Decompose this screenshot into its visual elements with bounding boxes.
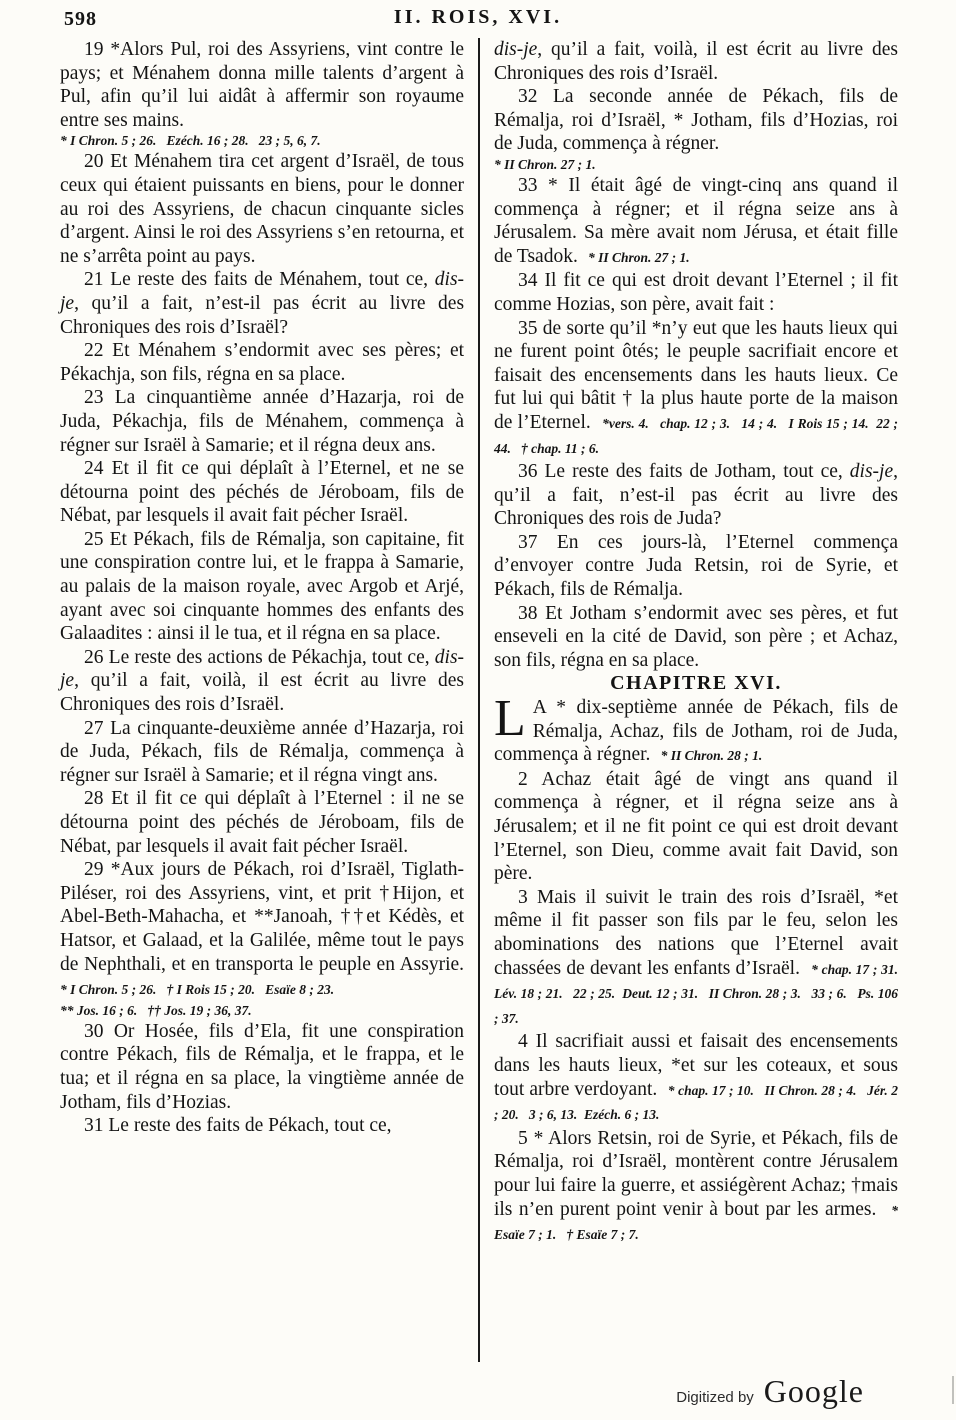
- reference-text: * II Chron. 27 ; 1.: [494, 157, 596, 172]
- drop-cap-letter: L: [494, 696, 533, 739]
- verse-paragraph: 5 * Alors Retsin, roi de Syrie, et Pékac…: [494, 1127, 898, 1247]
- verse-text: 27 La cinquante-deuxième année d’Hazarja…: [60, 718, 464, 786]
- verse-paragraph: 24 Et il fit ce qui déplaît à l’Eternel,…: [60, 457, 464, 528]
- verse-text: 29 *Aux jours de Pékach, roi d’Israël, T…: [60, 859, 464, 974]
- italic-phrase: dis-je: [494, 39, 537, 60]
- verse-text: 33 * Il était âgé de vingt-cinq ans quan…: [494, 175, 898, 267]
- digitization-footer: Digitized by Google: [676, 1373, 864, 1410]
- page-number: 598: [64, 8, 97, 31]
- verse-text: 21 Le reste des faits de Ménahem, tout c…: [84, 269, 435, 290]
- verse-text: 23 La cinquantième année d’Hazarja, roi …: [60, 387, 464, 455]
- left-text-column: 19 *Alors Pul, roi des Assyriens, vint c…: [60, 38, 464, 1362]
- reference-text: ** Jos. 16 ; 6. †† Jos. 19 ; 36, 37.: [60, 1003, 252, 1018]
- reference-line: * II Chron. 27 ; 1.: [494, 156, 898, 174]
- verse-paragraph: 37 En ces jours-là, l’Eternel commença d…: [494, 531, 898, 602]
- verse-text: 26 Le reste des actions de Pékachja, tou…: [84, 647, 435, 668]
- google-logo: Google: [764, 1373, 864, 1410]
- verse-text: , qu’il a fait, voilà, il est écrit au l…: [60, 670, 464, 715]
- running-title: II. ROIS, XVI.: [0, 6, 956, 29]
- verse-paragraph: 4 Il sacrifiait aussi et faisait des enc…: [494, 1030, 898, 1126]
- verse-text: 19 *Alors Pul, roi des Assyriens, vint c…: [60, 39, 464, 131]
- verse-paragraph: 38 Et Jotham s’endormit avec ses pères, …: [494, 602, 898, 673]
- verse-text: 37 En ces jours-là, l’Eternel commença d…: [494, 532, 898, 600]
- verse-text: 2 Achaz était âgé de vingt ans quand il …: [494, 769, 898, 884]
- verse-text: 38 Et Jotham s’endormit avec ses pères, …: [494, 603, 898, 671]
- reference-line: * I Chron. 5 ; 26. Ezéch. 16 ; 28. 23 ; …: [60, 132, 464, 150]
- scan-edge-artifact: [952, 1376, 954, 1404]
- verse-paragraph: 32 La seconde année de Pékach, fils de R…: [494, 85, 898, 156]
- verse-text: , qu’il a fait, n’est-il pas écrit au li…: [60, 293, 464, 338]
- verse-text: 31 Le reste des faits de Pékach, tout ce…: [84, 1115, 392, 1136]
- verse-paragraph: 19 *Alors Pul, roi des Assyriens, vint c…: [60, 38, 464, 132]
- reference-line: ** Jos. 16 ; 6. †† Jos. 19 ; 36, 37.: [60, 1002, 464, 1020]
- verse-paragraph: 2 Achaz était âgé de vingt ans quand il …: [494, 768, 898, 886]
- verse-paragraph: 26 Le reste des actions de Pékachja, tou…: [60, 646, 464, 717]
- verse-paragraph: 25 Et Pékach, fils de Rémalja, son capit…: [60, 528, 464, 646]
- verse-paragraph: 3 Mais il suivit le train des rois d’Isr…: [494, 886, 898, 1031]
- verse-paragraph: 21 Le reste des faits de Ménahem, tout c…: [60, 268, 464, 339]
- verse-paragraph: 33 * Il était âgé de vingt-cinq ans quan…: [494, 174, 898, 269]
- reference-text: * II Chron. 28 ; 1.: [650, 748, 762, 763]
- right-text-column: dis-je, qu’il a fait, voilà, il est écri…: [494, 38, 898, 1362]
- book-page-body: 19 *Alors Pul, roi des Assyriens, vint c…: [60, 38, 898, 1362]
- verse-text: 36 Le reste des faits de Jotham, tout ce…: [518, 461, 850, 482]
- verse-paragraph: 20 Et Ménahem tira cet argent d’Israël, …: [60, 150, 464, 268]
- verse-paragraph: 34 Il fit ce qui est droit devant l’Eter…: [494, 269, 898, 316]
- page-header: 598 II. ROIS, XVI.: [0, 6, 956, 34]
- digitized-by-label: Digitized by: [676, 1389, 754, 1406]
- verse-text: 28 Et il fit ce qui déplaît à l’Eternel …: [60, 788, 464, 856]
- reference-text: * II Chron. 27 ; 1.: [578, 250, 690, 265]
- verse-paragraph: 35 de sorte qu’il *n’y eut que les hauts…: [494, 317, 898, 461]
- verse-paragraph: 27 La cinquante-deuxième année d’Hazarja…: [60, 717, 464, 788]
- verse-text: 24 Et il fit ce qui déplaît à l’Eternel,…: [60, 458, 464, 526]
- verse-text: , qu’il a fait, voilà, il est écrit au l…: [494, 39, 898, 84]
- verse-text: CHAPITRE XVI.: [610, 672, 782, 694]
- chapter-heading: CHAPITRE XVI.: [494, 672, 898, 696]
- verse-paragraph: 29 *Aux jours de Pékach, roi d’Israël, T…: [60, 858, 464, 1002]
- verse-text: 5 * Alors Retsin, roi de Syrie, et Pékac…: [494, 1128, 898, 1220]
- chapter-opening-paragraph: LA * dix-septième année de Pékach, fils …: [494, 696, 898, 768]
- verse-paragraph: 36 Le reste des faits de Jotham, tout ce…: [494, 460, 898, 531]
- verse-text: 22 Et Ménahem s’endormit avec ses pères;…: [60, 340, 464, 385]
- verse-text: 32 La seconde année de Pékach, fils de R…: [494, 86, 898, 154]
- verse-paragraph: 22 Et Ménahem s’endormit avec ses pères;…: [60, 339, 464, 386]
- verse-paragraph: 30 Or Hosée, fils d’Ela, fit une conspir…: [60, 1020, 464, 1114]
- column-divider: [478, 38, 480, 1362]
- italic-phrase: dis-je: [850, 461, 893, 482]
- verse-text: 20 Et Ménahem tira cet argent d’Israël, …: [60, 151, 464, 266]
- verse-paragraph: 23 La cinquantième année d’Hazarja, roi …: [60, 386, 464, 457]
- verse-paragraph: 31 Le reste des faits de Pékach, tout ce…: [60, 1114, 464, 1138]
- verse-continuation: dis-je, qu’il a fait, voilà, il est écri…: [494, 38, 898, 85]
- verse-text: 25 Et Pékach, fils de Rémalja, son capit…: [60, 529, 464, 644]
- verse-text: 34 Il fit ce qui est droit devant l’Eter…: [494, 270, 898, 315]
- reference-text: * I Chron. 5 ; 26. Ezéch. 16 ; 28. 23 ; …: [60, 133, 321, 148]
- verse-text: 30 Or Hosée, fils d’Ela, fit une conspir…: [60, 1021, 464, 1113]
- verse-paragraph: 28 Et il fit ce qui déplaît à l’Eternel …: [60, 787, 464, 858]
